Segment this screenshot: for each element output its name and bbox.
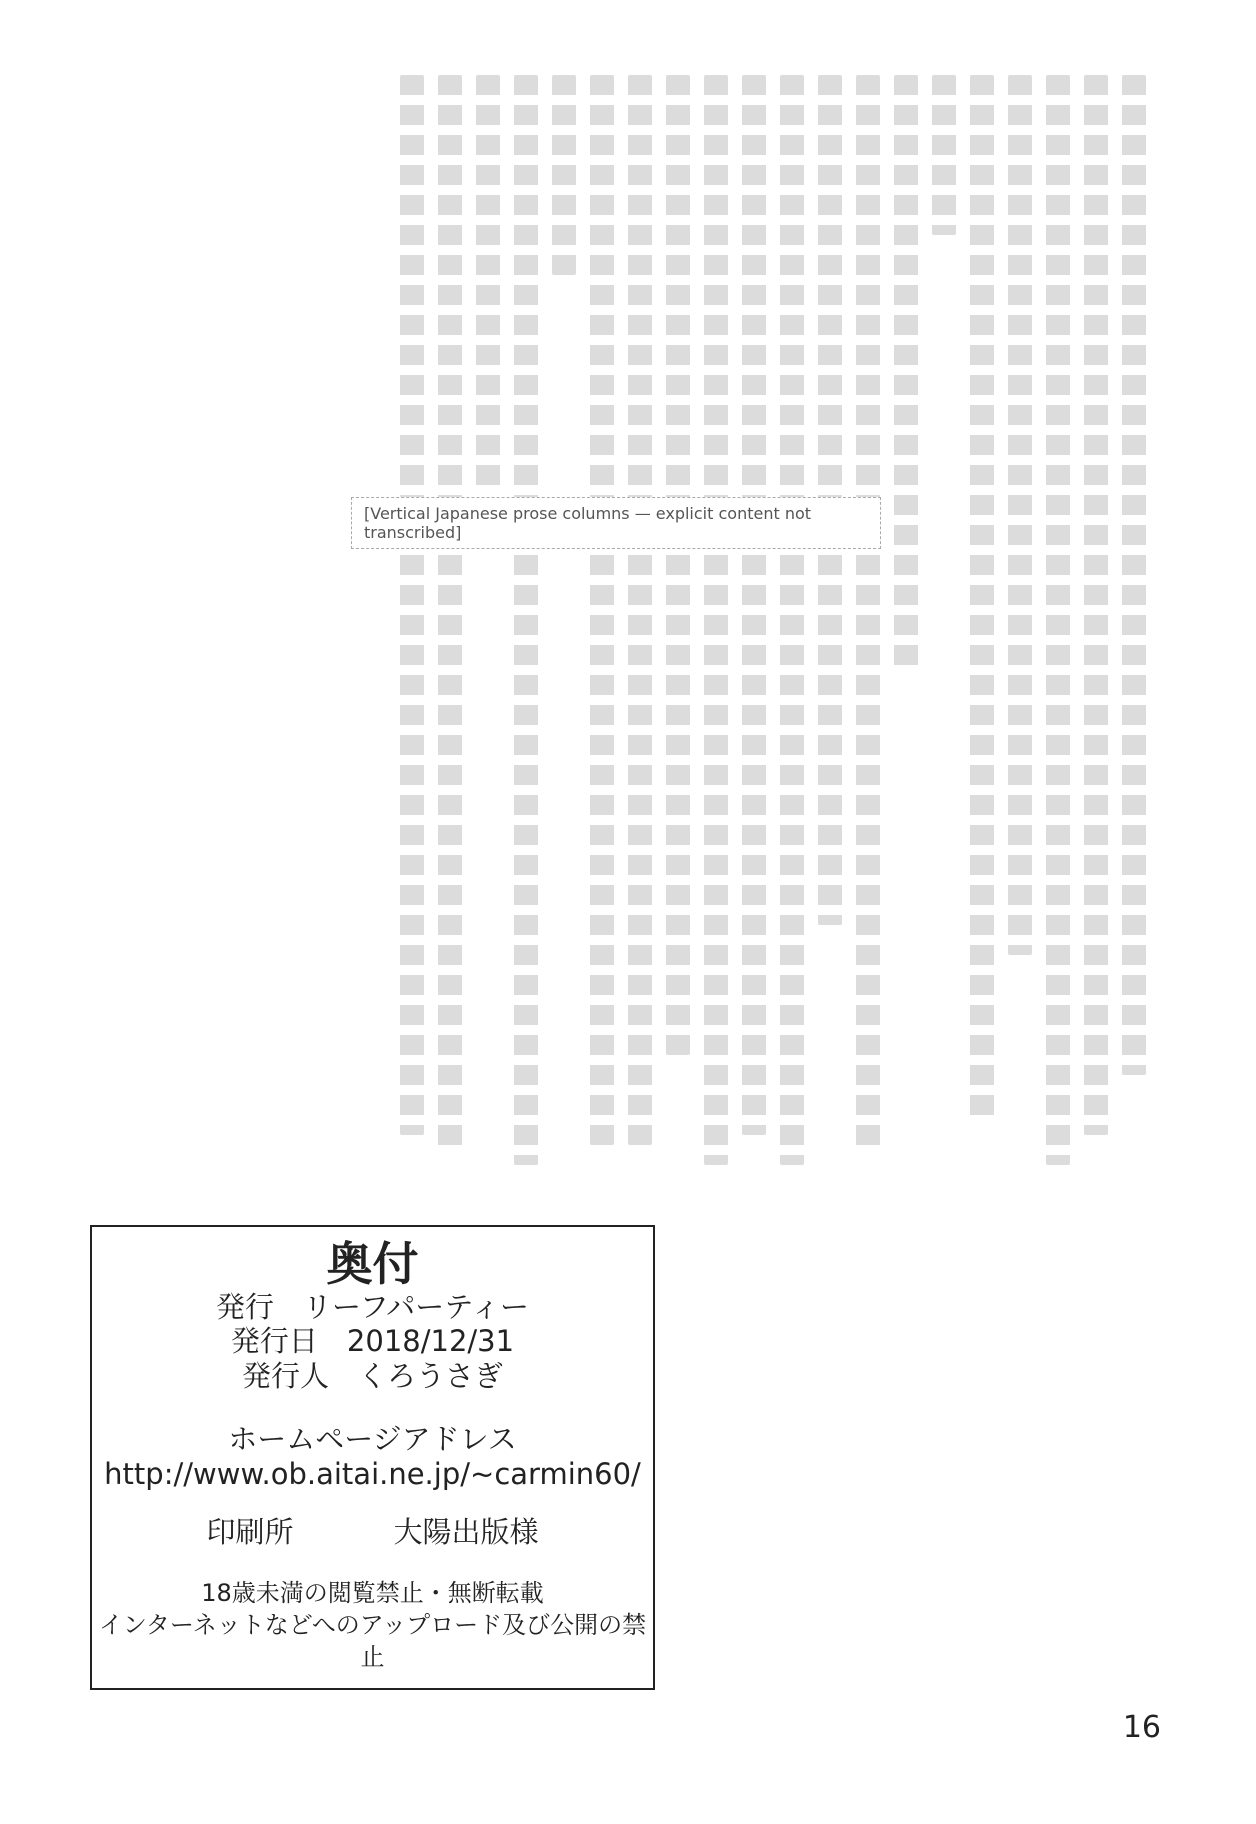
printer-label: 印刷所 bbox=[206, 1510, 293, 1551]
content-omitted-notice: [Vertical Japanese prose columns — expli… bbox=[351, 497, 881, 549]
publisher: 発行 リーフパーティー bbox=[92, 1290, 653, 1325]
colophon-box: 奥付 発行 リーフパーティー 発行日 2018/12/31 発行人 くろうさぎ … bbox=[90, 1225, 655, 1690]
body-text-area: [Vertical Japanese prose columns — expli… bbox=[86, 75, 1146, 1195]
publish-date: 発行日 2018/12/31 bbox=[92, 1324, 653, 1359]
issuer: 発行人 くろうさぎ bbox=[92, 1359, 653, 1394]
homepage-url: http://www.ob.aitai.ne.jp/~carmin60/ bbox=[92, 1457, 653, 1492]
text-columns-main bbox=[400, 75, 1146, 1175]
colophon-title: 奥付 bbox=[92, 1239, 653, 1290]
warning-notice: 18歳未満の閲覧禁止・無断転載 インターネットなどへのアップロード及び公開の禁止 bbox=[92, 1577, 653, 1674]
printer-name: 大陽出版様 bbox=[394, 1510, 539, 1551]
warning-line-2: インターネットなどへのアップロード及び公開の禁止 bbox=[92, 1609, 653, 1674]
page-number: 16 bbox=[1123, 1710, 1161, 1745]
warning-line-1: 18歳未満の閲覧禁止・無断転載 bbox=[92, 1577, 653, 1609]
printer-row: 印刷所 大陽出版様 bbox=[92, 1510, 653, 1551]
homepage-label: ホームページアドレス bbox=[92, 1422, 653, 1457]
